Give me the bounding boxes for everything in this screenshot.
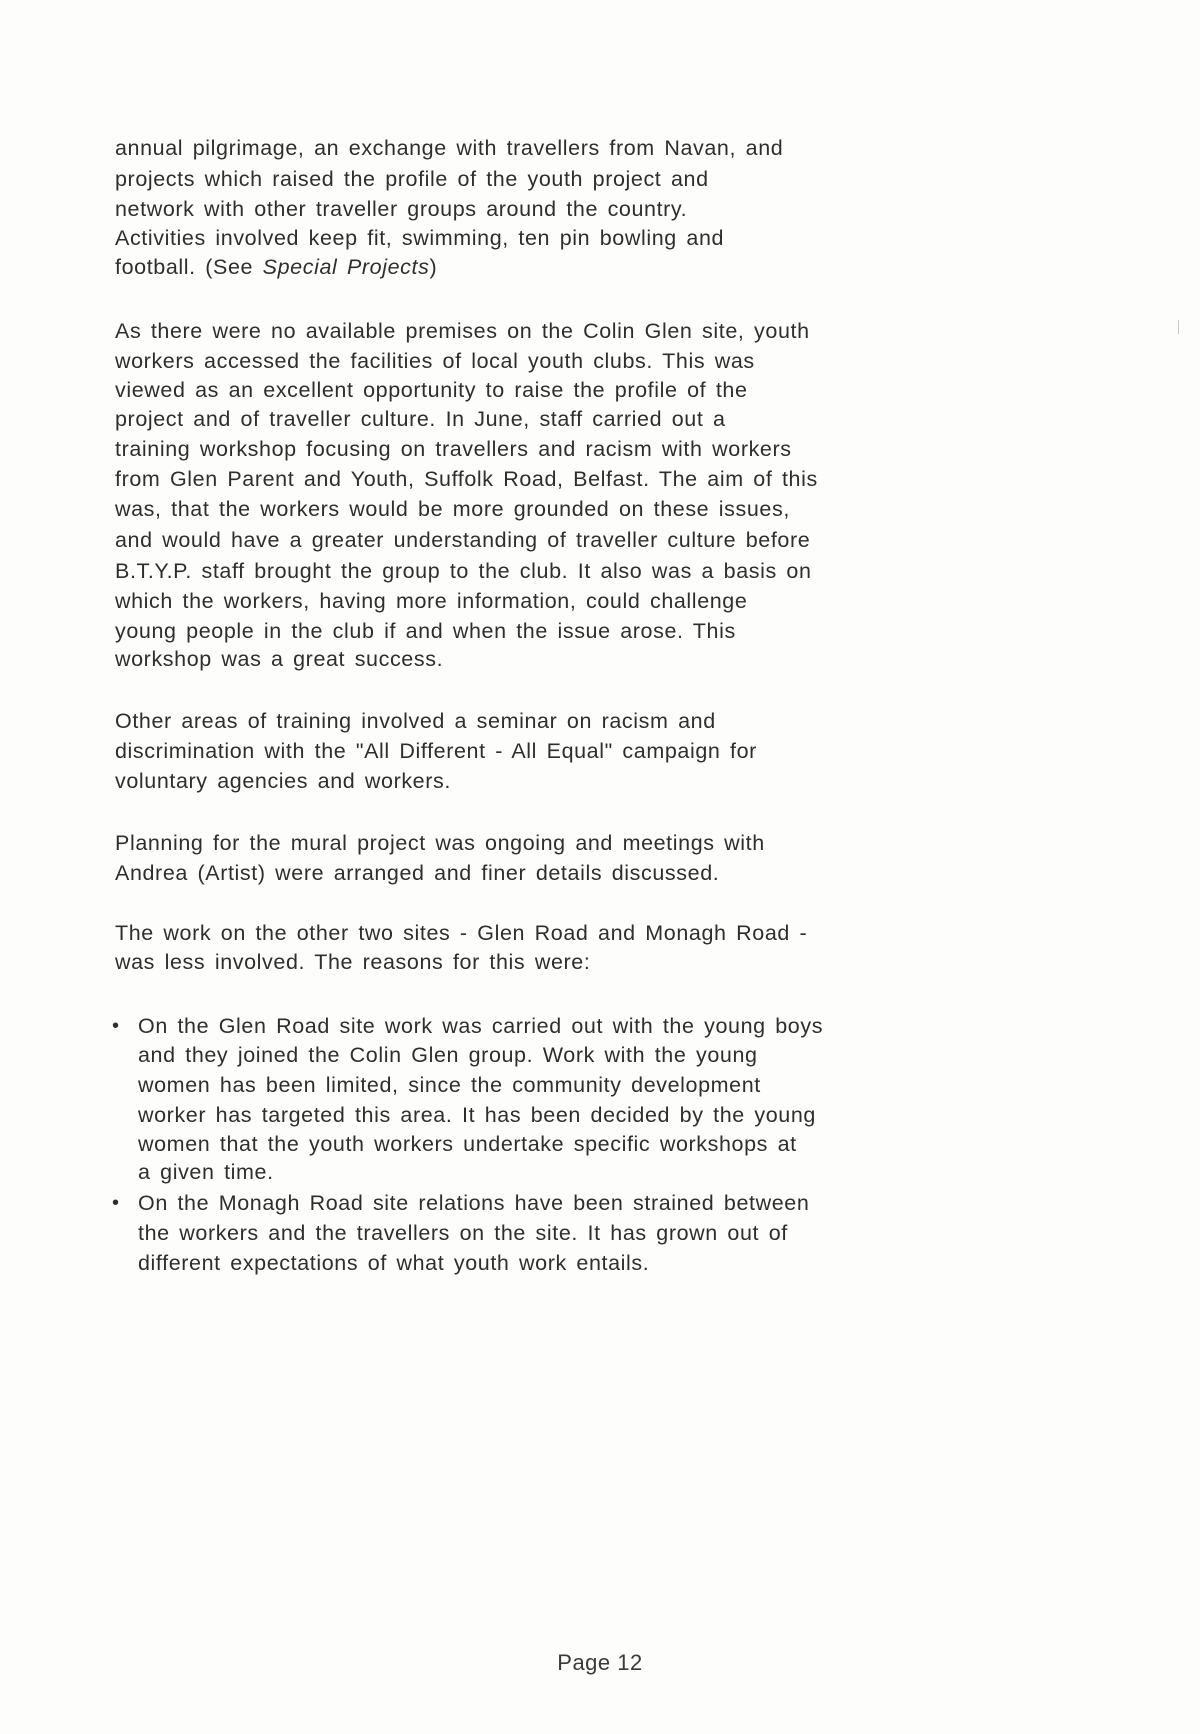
- text-line: women that the youth workers undertake s…: [138, 1131, 797, 1157]
- text-line: was less involved. The reasons for this …: [115, 949, 590, 975]
- text-line: different expectations of what youth wor…: [138, 1250, 649, 1276]
- text-line: football. (See Special Projects): [115, 254, 437, 280]
- text-span: ): [429, 255, 437, 279]
- text-line: Other areas of training involved a semin…: [115, 708, 716, 734]
- text-line: Activities involved keep fit, swimming, …: [115, 225, 724, 251]
- text-line: a given time.: [138, 1159, 274, 1185]
- text-line: B.T.Y.P. staff brought the group to the …: [115, 558, 812, 584]
- text-line: Planning for the mural project was ongoi…: [115, 830, 765, 856]
- text-line: training workshop focusing on travellers…: [115, 436, 792, 462]
- text-line: projects which raised the profile of the…: [115, 166, 709, 192]
- text-line: which the workers, having more informati…: [115, 588, 747, 614]
- text-line: workshop was a great success.: [115, 646, 443, 672]
- text-line: was, that the workers would be more grou…: [115, 496, 790, 522]
- scan-artifact: [1178, 320, 1179, 334]
- text-line: and would have a greater understanding o…: [115, 527, 810, 553]
- text-line: As there were no available premises on t…: [115, 318, 810, 344]
- text-line: worker has targeted this area. It has be…: [138, 1102, 816, 1128]
- text-line: viewed as an excellent opportunity to ra…: [115, 377, 748, 403]
- text-line: the workers and the travellers on the si…: [138, 1220, 788, 1246]
- special-projects-reference: Special Projects: [263, 255, 430, 279]
- document-page: annual pilgrimage, an exchange with trav…: [0, 0, 1200, 1734]
- text-line: from Glen Parent and Youth, Suffolk Road…: [115, 466, 818, 492]
- text-line: voluntary agencies and workers.: [115, 768, 451, 794]
- text-line: project and of traveller culture. In Jun…: [115, 406, 726, 432]
- bullet-icon: •: [112, 1013, 119, 1039]
- text-line: network with other traveller groups arou…: [115, 196, 687, 222]
- text-line: Andrea (Artist) were arranged and finer …: [115, 860, 719, 886]
- bullet-icon: •: [112, 1190, 119, 1216]
- text-line: annual pilgrimage, an exchange with trav…: [115, 135, 783, 161]
- text-line: and they joined the Colin Glen group. Wo…: [138, 1042, 758, 1068]
- text-line: On the Glen Road site work was carried o…: [138, 1013, 823, 1039]
- text-line: discrimination with the "All Different -…: [115, 738, 757, 764]
- text-line: The work on the other two sites - Glen R…: [115, 920, 807, 946]
- text-span: football. (See: [115, 255, 263, 279]
- text-line: young people in the club if and when the…: [115, 618, 736, 644]
- text-line: On the Monagh Road site relations have b…: [138, 1190, 809, 1216]
- page-number: Page 12: [0, 1650, 1200, 1676]
- text-line: women has been limited, since the commun…: [138, 1072, 761, 1098]
- text-line: workers accessed the facilities of local…: [115, 348, 755, 374]
